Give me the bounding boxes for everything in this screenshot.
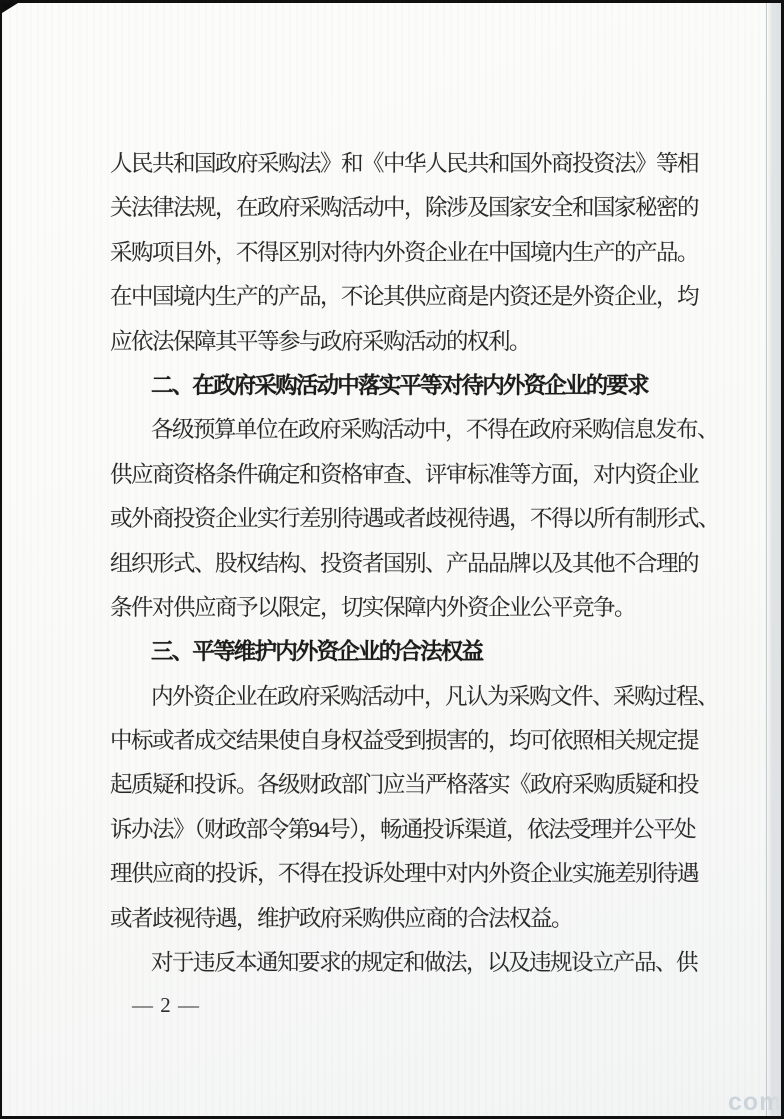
text-line: 或外商投资企业实行差别待遇或者歧视待遇，不得以所有制形式、 [110, 497, 700, 541]
text-line: 组织形式、股权结构、投资者国别、产品品牌以及其他不合理的 [110, 542, 700, 586]
text-line: 应依法保障其平等参与政府采购活动的权利。 [110, 320, 700, 364]
scanned-page: 人民共和国政府采购法》和《中华人民共和国外商投资法》等相关法律法规，在政府采购活… [0, 0, 784, 1119]
section-heading: 二、在政府采购活动中落实平等对待内外资企业的要求 [110, 364, 700, 408]
text-line: 理供应商的投诉，不得在投诉处理中对内外资企业实施差别待遇 [110, 852, 700, 896]
page-number: — 2 — [132, 990, 200, 1020]
scan-edge-artifact [2, 3, 18, 13]
watermark: com [728, 1088, 781, 1116]
text-line: 采购项目外，不得区别对待内外资企业在中国境内生产的产品。 [110, 231, 700, 275]
text-line: 在中国境内生产的产品，不论其供应商是内资还是外资企业，均 [110, 275, 700, 319]
text-line: 起质疑和投诉。各级财政部门应当严格落实《政府采购质疑和投 [110, 763, 700, 807]
document-body: 人民共和国政府采购法》和《中华人民共和国外商投资法》等相关法律法规，在政府采购活… [110, 142, 700, 985]
document-page: 人民共和国政府采购法》和《中华人民共和国外商投资法》等相关法律法规，在政府采购活… [2, 3, 781, 1116]
text-line: 对于违反本通知要求的规定和做法，以及违规设立产品、供 [110, 941, 700, 985]
text-line: 供应商资格条件确定和资格审查、评审标准等方面，对内资企业 [110, 453, 700, 497]
text-line: 或者歧视待遇，维护政府采购供应商的合法权益。 [110, 897, 700, 941]
text-line: 各级预算单位在政府采购活动中，不得在政府采购信息发布、 [110, 408, 700, 452]
text-line: 中标或者成交结果使自身权益受到损害的，均可依照相关规定提 [110, 719, 700, 763]
text-line: 关法律法规，在政府采购活动中，除涉及国家安全和国家秘密的 [110, 186, 700, 230]
section-heading: 三、平等维护内外资企业的合法权益 [110, 630, 700, 674]
text-line: 内外资企业在政府采购活动中，凡认为采购文件、采购过程、 [110, 675, 700, 719]
text-line: 条件对供应商予以限定，切实保障内外资企业公平竞争。 [110, 586, 700, 630]
text-line: 人民共和国政府采购法》和《中华人民共和国外商投资法》等相 [110, 142, 700, 186]
text-line: 诉办法》（财政部令第94号），畅通投诉渠道，依法受理并公平处 [110, 808, 700, 852]
